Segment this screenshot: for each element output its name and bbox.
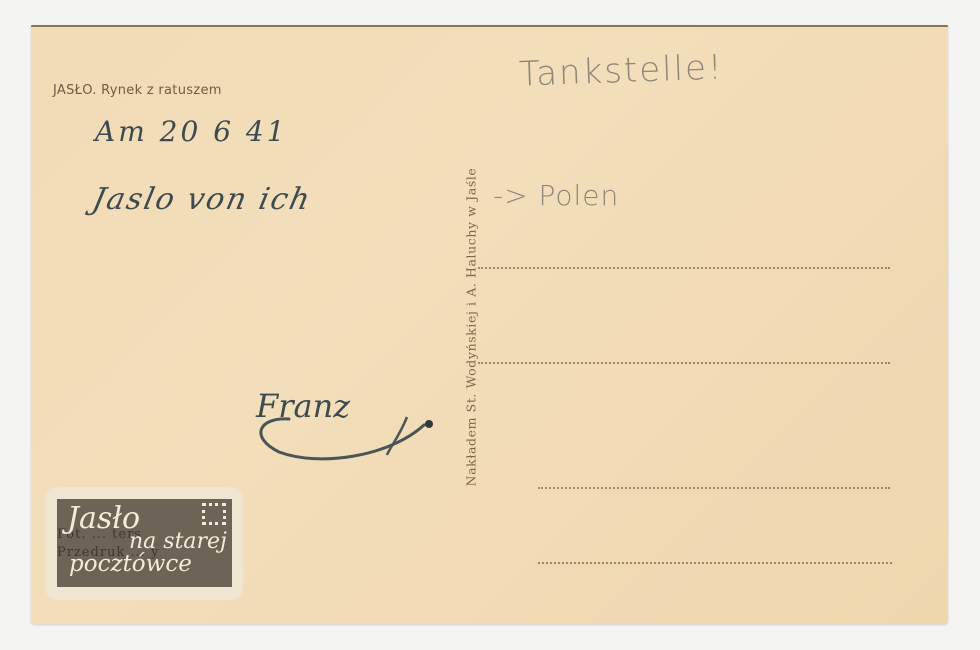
printed-caption: JASŁO. Rynek z ratuszem bbox=[53, 83, 222, 98]
stamp-frame-icon bbox=[202, 503, 226, 525]
badge-panel: Fot. ... ters Przedruk ... y Jasło na st… bbox=[57, 499, 232, 587]
publisher-text: Nakładem St. Wodyńskiej i A. Haluchy w J… bbox=[464, 168, 479, 487]
address-line-1 bbox=[478, 267, 890, 269]
handwritten-place: Jaslo von ich bbox=[89, 182, 315, 217]
handwritten-date: Am 20 6 41 bbox=[95, 115, 288, 148]
watermark-badge: Fot. ... ters Przedruk ... y Jasło na st… bbox=[48, 490, 240, 597]
badge-title-line3: pocztówce bbox=[69, 551, 192, 577]
address-line-2 bbox=[478, 362, 890, 364]
pencil-note-tankstelle: Tankstelle! bbox=[518, 47, 724, 94]
handwritten-signature: Franz bbox=[256, 387, 350, 425]
pencil-note-polen: -> Polen bbox=[493, 179, 619, 212]
address-line-3 bbox=[538, 487, 890, 489]
address-line-4 bbox=[538, 562, 892, 564]
publisher-line: Nakładem St. Wodyńskiej i A. Haluchy w J… bbox=[461, 137, 481, 517]
